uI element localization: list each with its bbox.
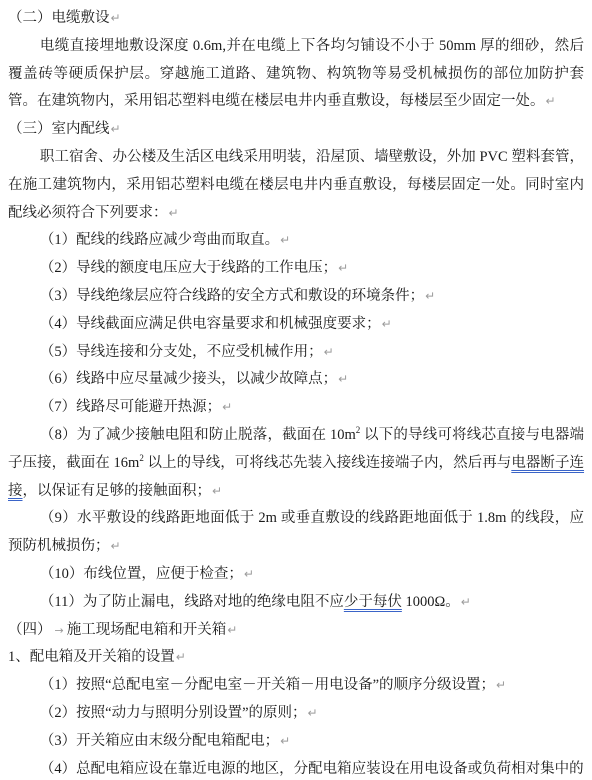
- text-run: （4）导线截面应满足供电容量要求和机械强度要求；: [40, 316, 381, 332]
- text-run: ，以保证有足够的接触面积；: [23, 483, 212, 499]
- paragraph-mark-icon: ↵: [169, 206, 179, 220]
- list-item-7: （7）线路尽可能避开热源；↵: [8, 394, 584, 422]
- paragraph-mark-icon: ↵: [227, 623, 237, 637]
- paragraph-mark-icon: ↵: [461, 595, 471, 609]
- text-run: 1、配电箱及开关箱的设置: [8, 649, 175, 665]
- sub-list-item-1: （1）按照“总配电室－分配电室－开关箱－用电设备”的顺序分级设置；↵: [8, 672, 584, 700]
- text-run: 施工现场配电箱和开关箱: [67, 622, 227, 638]
- paragraph-mark-icon: ↵: [222, 400, 232, 414]
- text-run: （2）导线的额度电压应大于线路的工作电压；: [40, 260, 337, 276]
- list-item-1: （1）配线的线路应减少弯曲而取直。↵: [8, 227, 584, 255]
- tab-mark-icon: →: [52, 624, 67, 637]
- text-run: （11）为了防止漏电，线路对地的绝缘电阻不应: [40, 594, 344, 610]
- paragraph-mark-icon: ↵: [111, 122, 121, 136]
- text-run: （1）按照“总配电室－分配电室－开关箱－用电设备”的顺序分级设置；: [40, 677, 495, 693]
- list-item-6: （6）线路中应尽量减少接头，以减少故障点；↵: [8, 366, 584, 394]
- text-run: （三）室内配线: [8, 121, 110, 137]
- list-item-2: （2）导线的额度电压应大于线路的工作电压；↵: [8, 255, 584, 283]
- paragraph-mark-icon: ↵: [280, 233, 290, 247]
- text-run: （3）导线绝缘层应符合线路的安全方式和敷设的环境条件；: [40, 288, 424, 304]
- paragraph-mark-icon: ↵: [212, 484, 222, 498]
- paragraph-mark-icon: ↵: [176, 650, 186, 664]
- paragraph-mark-icon: ↵: [496, 678, 506, 692]
- paragraph-indoor-wiring-intro: 职工宿舍、办公楼及生活区电线采用明装，沿屋顶、墙壁敷设，外加 PVC 塑料套管，…: [8, 144, 584, 227]
- text-run: （10）布线位置，应便于检查；: [40, 566, 243, 582]
- list-item-10: （10）布线位置，应便于检查；↵: [8, 561, 584, 589]
- sub-list-item-3: （3）开关箱应由末级分配电箱配电；↵: [8, 728, 584, 756]
- text-run: （2）按照“动力与照明分别设置”的原则；: [40, 705, 307, 721]
- heading-section-2: （二）电缆敷设↵: [8, 5, 584, 33]
- text-run: （6）线路中应尽量减少接头，以减少故障点；: [40, 371, 337, 387]
- paragraph-mark-icon: ↵: [425, 289, 435, 303]
- paragraph-mark-icon: ↵: [338, 372, 348, 386]
- list-item-8: （8）为了减少接触电阻和防止脱落，截面在 10m2 以下的导线可将线芯直接与电器…: [8, 422, 584, 505]
- list-item-4: （4）导线截面应满足供电容量要求和机械强度要求；↵: [8, 311, 584, 339]
- paragraph-mark-icon: ↵: [546, 94, 556, 108]
- document-page: （二）电缆敷设↵电缆直接埋地敷设深度 0.6m,并在电缆上下各均匀铺设不小于 5…: [0, 0, 592, 780]
- paragraph-mark-icon: ↵: [244, 567, 254, 581]
- sub-list-item-4: （4）总配电箱应设在靠近电源的地区，分配电箱应装设在用电设备或负荷相对集中的: [8, 756, 584, 780]
- text-run: （1）配线的线路应减少弯曲而取直。: [40, 232, 279, 248]
- list-item-5: （5）导线连接和分支处，不应受机械作用；↵: [8, 339, 584, 367]
- list-item-11: （11）为了防止漏电，线路对地的绝缘电阻不应少于每伏 1000Ω。↵: [8, 589, 584, 617]
- heading-section-3: （三）室内配线↵: [8, 116, 584, 144]
- text-run: （3）开关箱应由末级分配电箱配电；: [40, 733, 279, 749]
- paragraph-cable-burial: 电缆直接埋地敷设深度 0.6m,并在电缆上下各均匀铺设不小于 50mm 厚的细砂…: [8, 33, 584, 116]
- list-item-9: （9）水平敷设的线路距地面低于 2m 或垂直敷设的线路距地面低于 1.8m 的线…: [8, 505, 584, 561]
- list-item-3: （3）导线绝缘层应符合线路的安全方式和敷设的环境条件；↵: [8, 283, 584, 311]
- text-run: 职工宿舍、办公楼及生活区电线采用明装，沿屋顶、墙壁敷设，外加 PVC 塑料套管，…: [8, 149, 584, 221]
- text-run: （7）线路尽可能避开热源；: [40, 399, 221, 415]
- paragraph-mark-icon: ↵: [338, 261, 348, 275]
- text-run: （5）导线连接和分支处，不应受机械作用；: [40, 344, 323, 360]
- text-run: 以上的导线，可将线芯先装入接线连接端子内，然后再与: [144, 455, 511, 471]
- paragraph-mark-icon: ↵: [308, 706, 318, 720]
- text-run: （8）为了减少接触电阻和防止脱落，截面在 10m: [40, 427, 356, 443]
- paragraph-mark-icon: ↵: [382, 317, 392, 331]
- paragraph-mark-icon: ↵: [111, 11, 121, 25]
- sub-list-item-2: （2）按照“动力与照明分别设置”的原则；↵: [8, 700, 584, 728]
- paragraph-mark-icon: ↵: [324, 345, 334, 359]
- text-run: （四）: [8, 622, 52, 638]
- text-run: 电缆直接埋地敷设深度 0.6m,并在电缆上下各均匀铺设不小于 50mm 厚的细砂…: [8, 38, 584, 110]
- paragraph-mark-icon: ↵: [280, 734, 290, 748]
- heading-section-4: （四）→施工现场配电箱和开关箱↵: [8, 617, 584, 645]
- underlined-text: 少于每伏: [344, 594, 402, 610]
- paragraph-mark-icon: ↵: [111, 539, 121, 553]
- text-run: （9）水平敷设的线路距地面低于 2m 或垂直敷设的线路距地面低于 1.8m 的线…: [8, 510, 584, 554]
- heading-sub-1: 1、配电箱及开关箱的设置↵: [8, 644, 584, 672]
- text-run: （二）电缆敷设: [8, 10, 110, 26]
- text-run: （4）总配电箱应设在靠近电源的地区，分配电箱应装设在用电设备或负荷相对集中的: [40, 761, 584, 777]
- text-run: 1000Ω。: [402, 594, 460, 610]
